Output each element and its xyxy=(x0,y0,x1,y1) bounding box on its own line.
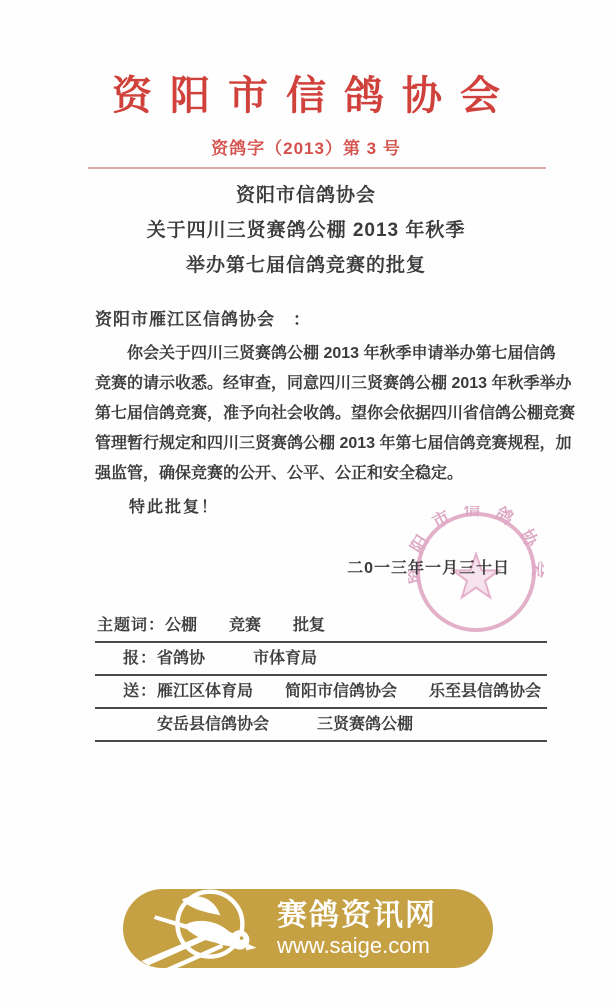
footer-row-subject: 主题词：公棚 竞赛 批复 xyxy=(95,610,547,643)
footer-row-label: 报： xyxy=(123,650,157,667)
body-paragraph: 你会关于四川三贤赛鸽公棚 2013 年秋季申请举办第七届信鸽 竞赛的请示收悉。经… xyxy=(95,339,547,489)
letterhead-divider xyxy=(88,167,546,169)
footer-row-report: 报：省鸽协 市体育局 xyxy=(95,643,547,676)
footer-row-content: 公棚 竞赛 批复 xyxy=(165,617,325,634)
footer-row-label: 送： xyxy=(123,683,157,700)
title-line: 举办第七届信鸽竞赛的批复 xyxy=(0,248,612,283)
letterhead-org-name: 资阳市信鸽协会 xyxy=(0,64,612,121)
closing-phrase: 特此批复！ xyxy=(129,494,219,517)
footer-row-send-continued: 安岳县信鸽协会 三贤赛鸽公棚 xyxy=(95,709,547,742)
site-url: www.saige.com xyxy=(277,935,437,957)
body-line: 竞赛的请示收悉。经审查，同意四川三贤赛鸽公棚 2013 年秋季举办 xyxy=(95,369,547,399)
document-title: 资阳市信鸽协会 关于四川三贤赛鸽公棚 2013 年秋季 举办第七届信鸽竞赛的批复 xyxy=(0,178,612,283)
title-line: 资阳市信鸽协会 xyxy=(0,178,612,213)
body-line: 你会关于四川三贤赛鸽公棚 2013 年秋季申请举办第七届信鸽 xyxy=(95,339,547,369)
footer-row-content: 省鸽协 市体育局 xyxy=(157,650,317,667)
document-date: 二0一三年一月三十日 xyxy=(95,555,510,578)
body-line: 强监管，确保竞赛的公开、公平、公正和安全稳定。 xyxy=(95,459,547,489)
dove-logo-icon xyxy=(127,889,277,968)
site-name: 赛鸽资讯网 xyxy=(277,901,437,931)
document-number: 资鸽字（2013）第 3 号 xyxy=(0,134,612,159)
footer-row-send: 送：雁江区体育局 简阳市信鸽协会 乐至县信鸽协会 xyxy=(95,676,547,709)
watermark-text: 赛鸽资讯网 www.saige.com xyxy=(277,901,437,957)
scanned-document-page: 资阳市信鸽协会 资鸽字（2013）第 3 号 资阳市信鸽协会 关于四川三贤赛鸽公… xyxy=(0,0,612,1008)
body-line: 管理暂行规定和四川三贤赛鸽公棚 2013 年第七届信鸽竞赛规程，加 xyxy=(95,429,547,459)
footer-row-label: 主题词： xyxy=(97,617,165,634)
footer-routing-block: 主题词：公棚 竞赛 批复 报：省鸽协 市体育局 送：雁江区体育局 简阳市信鸽协会… xyxy=(95,610,547,742)
body-line: 第七届信鸽竞赛，准予向社会收鸽。望你会依据四川省信鸽公棚竞赛 xyxy=(95,399,547,429)
salutation: 资阳市雁江区信鸽协会 ： xyxy=(95,305,547,330)
footer-row-content: 安岳县信鸽协会 三贤赛鸽公棚 xyxy=(157,716,413,733)
title-line: 关于四川三贤赛鸽公棚 2013 年秋季 xyxy=(0,213,612,248)
watermark-badge: 赛鸽资讯网 www.saige.com xyxy=(123,889,493,968)
footer-row-content: 雁江区体育局 简阳市信鸽协会 乐至县信鸽协会 xyxy=(157,683,541,700)
